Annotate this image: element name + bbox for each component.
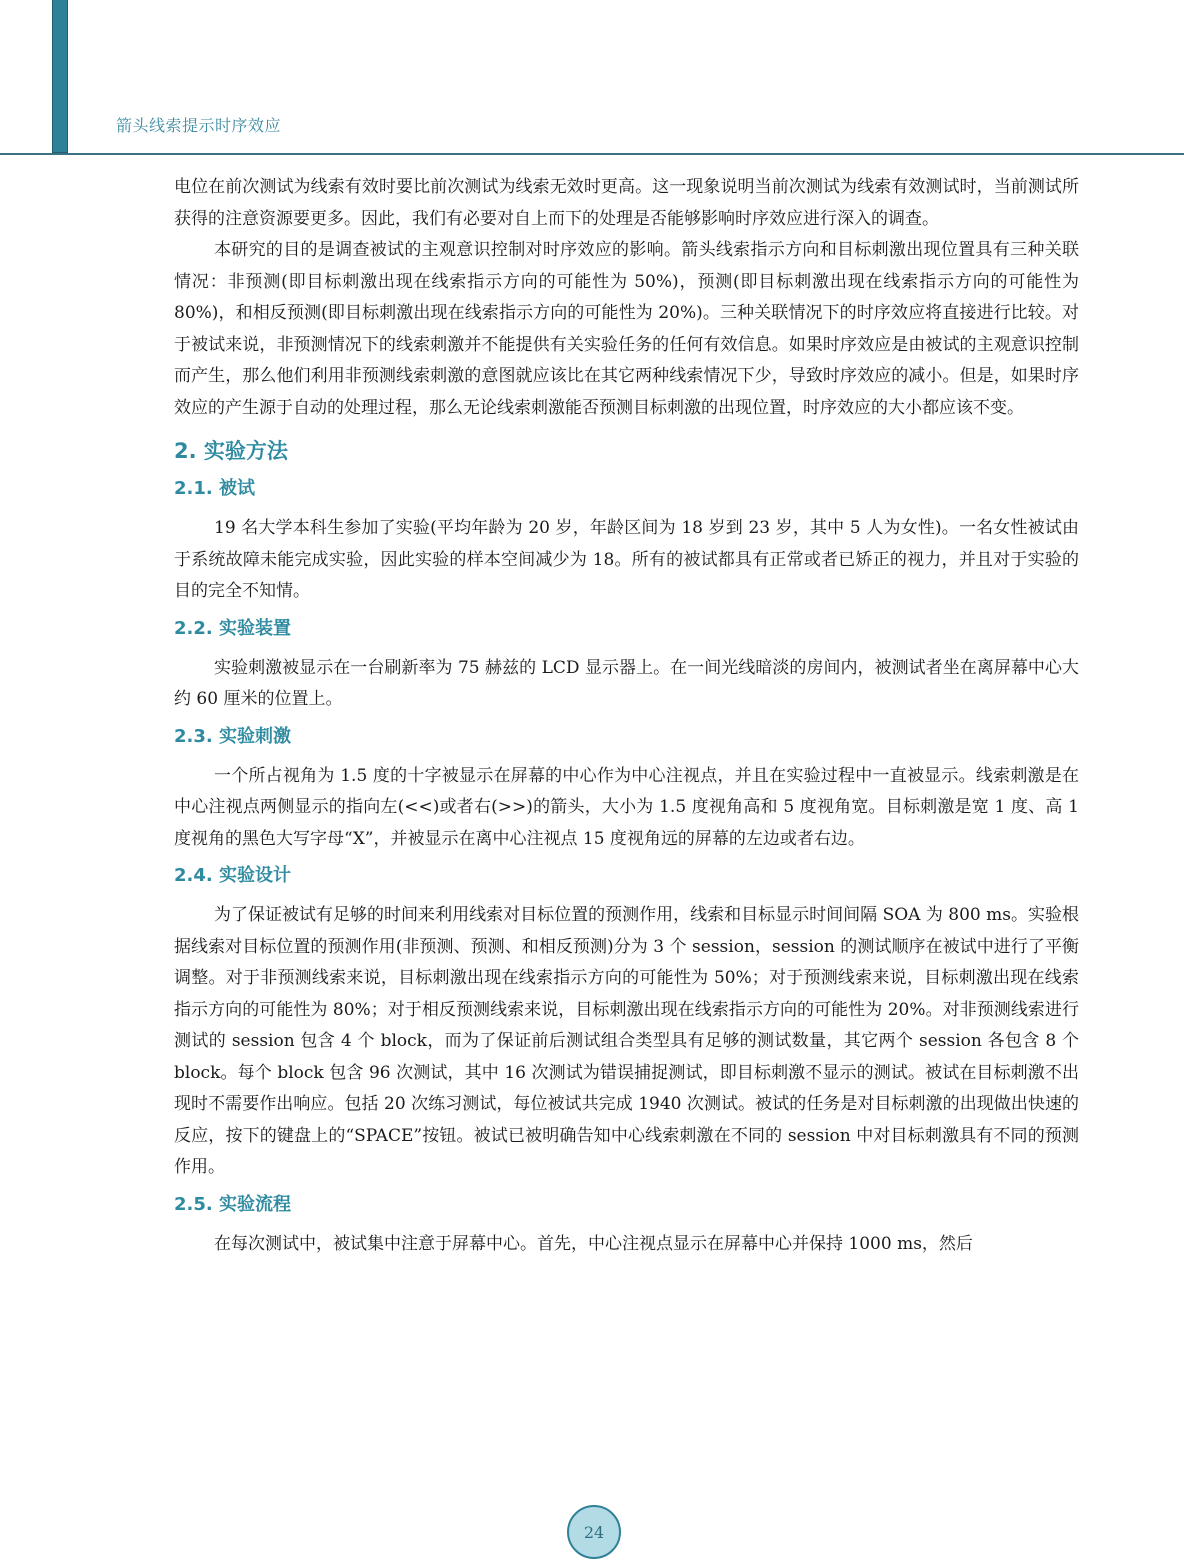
header-accent-bar [52, 0, 68, 153]
paragraph-participants: 19 名大学本科生参加了实验(平均年龄为 20 岁，年龄区间为 18 岁到 23… [174, 513, 1079, 608]
header-divider [0, 153, 1184, 155]
paragraph-continued: 电位在前次测试为线索有效时要比前次测试为线索无效时更高。这一现象说明当前次测试为… [174, 172, 1079, 235]
paragraph-procedure: 在每次测试中，被试集中注意于屏幕中心。首先，中心注视点显示在屏幕中心并保持 10… [174, 1229, 1079, 1261]
subsection-heading-participants: 2.1. 被试 [174, 474, 1079, 504]
subsection-heading-stimuli: 2.3. 实验刺激 [174, 722, 1079, 752]
subsection-heading-design: 2.4. 实验设计 [174, 861, 1079, 891]
paragraph-apparatus: 实验刺激被显示在一台刷新率为 75 赫兹的 LCD 显示器上。在一间光线暗淡的房… [174, 653, 1079, 716]
paragraph-design: 为了保证被试有足够的时间来利用线索对目标位置的预测作用，线索和目标显示时间间隔 … [174, 900, 1079, 1184]
paragraph-stimuli: 一个所占视角为 1.5 度的十字被显示在屏幕的中心作为中心注视点，并且在实验过程… [174, 761, 1079, 856]
page-number: 24 [584, 1523, 604, 1542]
subsection-heading-apparatus: 2.2. 实验装置 [174, 614, 1079, 644]
page-number-badge: 24 [567, 1505, 621, 1559]
subsection-heading-procedure: 2.5. 实验流程 [174, 1190, 1079, 1220]
running-title: 箭头线索提示时序效应 [116, 113, 281, 136]
section-heading-methods: 2. 实验方法 [174, 434, 1079, 468]
paragraph-study-aim: 本研究的目的是调查被试的主观意识控制对时序效应的影响。箭头线索指示方向和目标刺激… [174, 235, 1079, 424]
page-body: 电位在前次测试为线索有效时要比前次测试为线索无效时更高。这一现象说明当前次测试为… [174, 172, 1079, 1260]
